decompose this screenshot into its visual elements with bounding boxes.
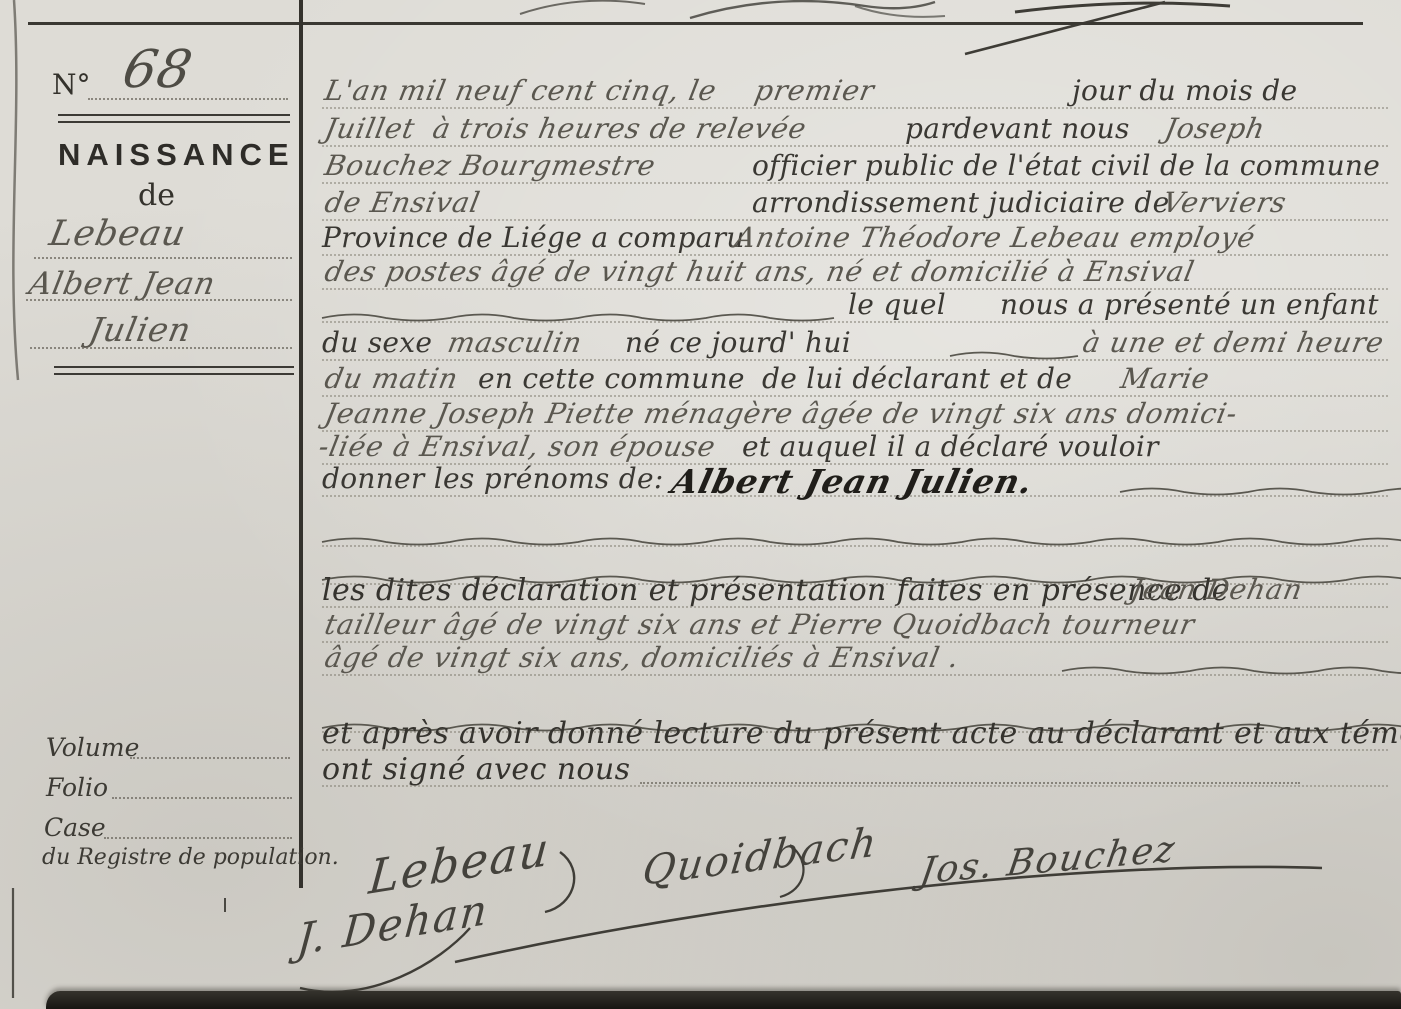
signature-flourishes: [0, 0, 1401, 1009]
birth-record-scan: N° 68 NAISSANCE de Lebeau Albert Jean Ju…: [0, 0, 1401, 1009]
page-bottom-edge: [46, 991, 1401, 1009]
